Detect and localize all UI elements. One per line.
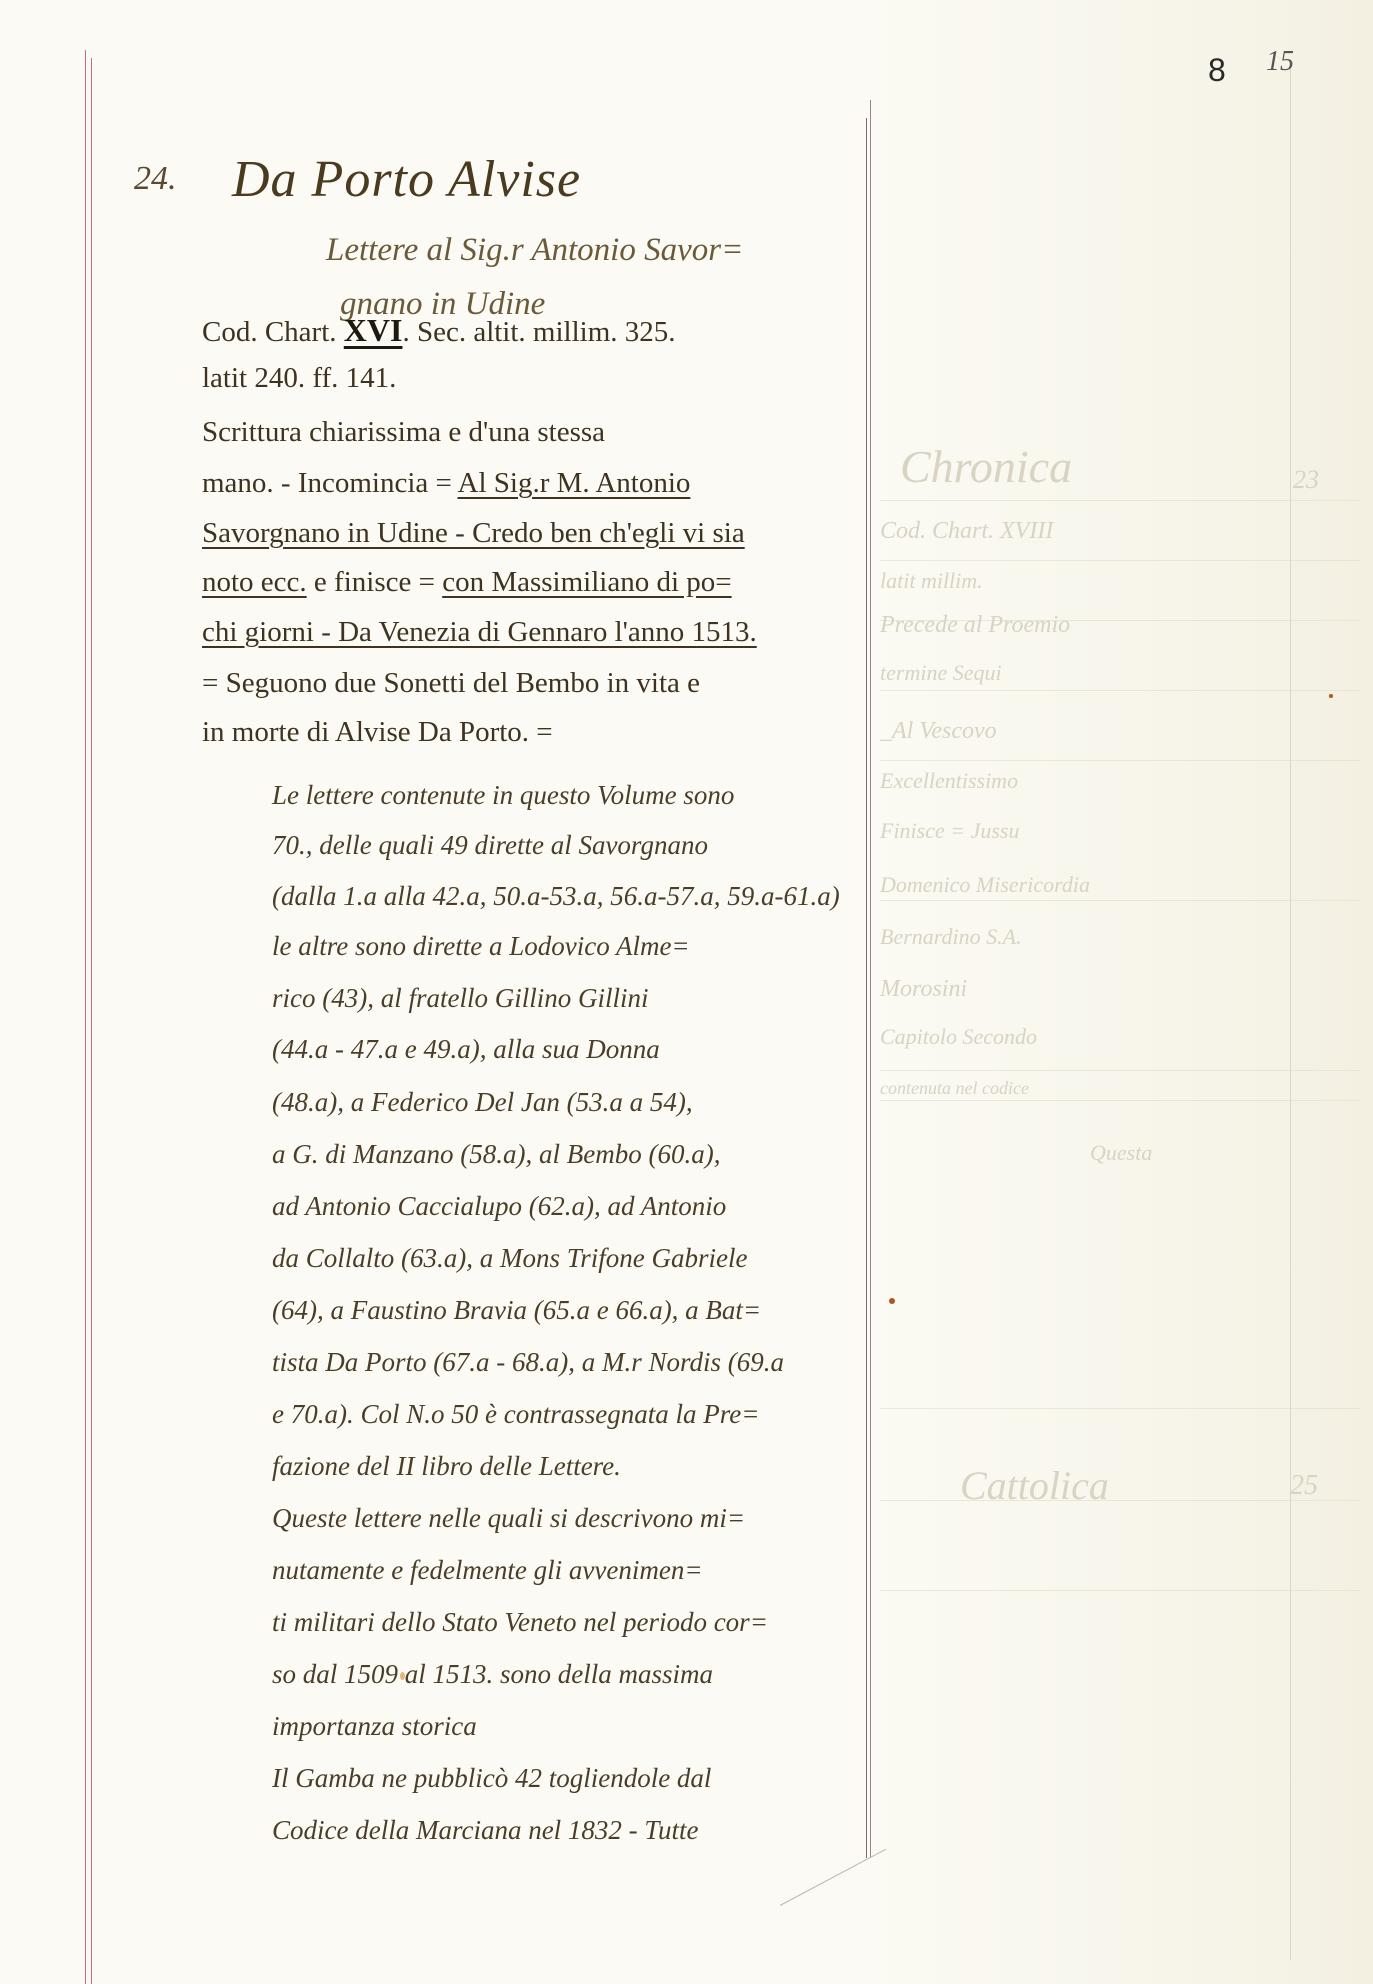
incipit: Al Sig.r M. Antonio [458, 467, 691, 499]
bleed-rule [880, 900, 1360, 901]
bleed-rule [880, 760, 1360, 761]
ink-stain [889, 1298, 895, 1304]
bleed-vertical-rule [1290, 60, 1291, 1960]
bleed-word: Morosini [880, 976, 967, 1003]
bleed-word: _Al Vescovo [880, 718, 997, 745]
right-column-rule-outer [870, 100, 871, 1858]
note-line: (64), a Faustino Bravia (65.a e 66.a), a… [272, 1290, 862, 1330]
note-line: (dalla 1.a alla 42.a, 50.a-53.a, 56.a-57… [272, 876, 862, 916]
left-margin-rule [85, 50, 86, 1984]
text: mano. - Incomincia = [202, 467, 458, 499]
text: . Sec. altit. millim. 325. [402, 316, 675, 348]
note-line: nutamente e fedelmente gli avvenimen= [272, 1550, 862, 1590]
bleed-word: Cattolica [960, 1462, 1109, 1509]
description-line: in morte di Alvise Da Porto. = [202, 712, 862, 752]
bleed-rule [880, 1070, 1360, 1071]
note-line: Queste lettere nelle quali si descrivono… [272, 1498, 862, 1538]
bleed-word: Finisce = Jussu [880, 818, 1020, 844]
ink-stain [1329, 694, 1333, 698]
right-column-rule [866, 118, 867, 1858]
entry-subtitle-line-1: Lettere al Sig.r Antonio Savor= [326, 232, 743, 269]
century-numeral: XVI [344, 312, 403, 348]
note-line: le altre sono dirette a Lodovico Alme= [272, 926, 862, 966]
note-line: fazione del II libro delle Lettere. [272, 1446, 862, 1486]
note-line: (48.a), a Federico Del Jan (53.a a 54), [272, 1082, 862, 1122]
bleed-word: Precede al Proemio [880, 612, 1070, 639]
text: e finisce = [307, 566, 443, 598]
entry-number: 24. [134, 160, 177, 198]
note-line: so dal 1509 al 1513. sono della massima [272, 1654, 862, 1694]
note-line: (44.a - 47.a e 49.a), alla sua Donna [272, 1029, 862, 1069]
bleed-word: contenuta nel codice [880, 1078, 1029, 1099]
bleed-rule [880, 1500, 1360, 1501]
pencil-stroke [780, 1849, 886, 1906]
bleed-word: Excellentissimo [880, 768, 1018, 794]
bleed-word: Questa [1090, 1140, 1152, 1166]
bleed-rule [880, 560, 1360, 561]
note-line: da Collalto (63.a), a Mons Trifone Gabri… [272, 1238, 862, 1278]
bleed-word: latit millim. [880, 568, 983, 594]
description-line: Cod. Chart. XVI. Sec. altit. millim. 325… [202, 310, 862, 352]
bleed-rule [880, 1100, 1360, 1101]
bleed-word: Capitolo Secondo [880, 1024, 1037, 1050]
description-line: mano. - Incomincia = Al Sig.r M. Antonio [202, 463, 862, 503]
note-line: Le lettere contenute in questo Volume so… [272, 775, 862, 815]
description-line-explicit: chi giorni - Da Venezia di Gennaro l'ann… [202, 612, 862, 652]
folio-number-secondary: 15 [1266, 46, 1294, 78]
bleed-rule [880, 1408, 1360, 1409]
bleed-entry-number: 25 [1290, 1470, 1318, 1502]
note-line: tista Da Porto (67.a - 68.a), a M.r Nord… [272, 1342, 862, 1382]
description-line: latit 240. ff. 141. [202, 358, 862, 398]
note-line: Il Gamba ne pubblicò 42 togliendole dal [272, 1758, 862, 1798]
note-line: ti militari dello Stato Veneto nel perio… [272, 1602, 862, 1642]
bleed-rule [880, 690, 1360, 691]
note-line: importanza storica [272, 1706, 862, 1746]
bleed-word: Chronica [900, 440, 1072, 493]
entry-title: Da Porto Alvise [232, 150, 581, 209]
description-line: = Seguono due Sonetti del Bembo in vita … [202, 663, 862, 703]
bleed-word: termine Sequi [880, 660, 1002, 686]
explicit: con Massimiliano di po= [442, 566, 731, 598]
note-line: a G. di Manzano (58.a), al Bembo (60.a), [272, 1134, 862, 1174]
left-margin-rule-inner [91, 58, 92, 1984]
bleed-rule [880, 500, 1360, 501]
description-line: Scrittura chiarissima e d'una stessa [202, 412, 862, 452]
folio-number: 8 [1208, 52, 1226, 89]
description-line-incipit: Savorgnano in Udine - Credo ben ch'egli … [202, 513, 862, 553]
bleed-rule [880, 1590, 1360, 1591]
note-line: rico (43), al fratello Gillino Gillini [272, 978, 862, 1018]
text: Cod. Chart. [202, 316, 344, 348]
note-line: e 70.a). Col N.o 50 è contrassegnata la … [272, 1394, 862, 1434]
bleed-word: Domenico Misericordia [880, 872, 1090, 898]
bleed-word: Cod. Chart. XVIII [880, 518, 1053, 545]
note-line: Codice della Marciana nel 1832 - Tutte [272, 1810, 862, 1850]
bleed-entry-number: 23 [1293, 465, 1319, 495]
incipit-end: noto ecc. [202, 566, 307, 598]
bleed-word: Bernardino S.A. [880, 924, 1022, 950]
note-line: ad Antonio Caccialupo (62.a), ad Antonio [272, 1186, 862, 1226]
note-line: 70., delle quali 49 dirette al Savorgnan… [272, 825, 862, 865]
paper-stain [400, 1672, 405, 1680]
description-line: noto ecc. e finisce = con Massimiliano d… [202, 562, 862, 602]
